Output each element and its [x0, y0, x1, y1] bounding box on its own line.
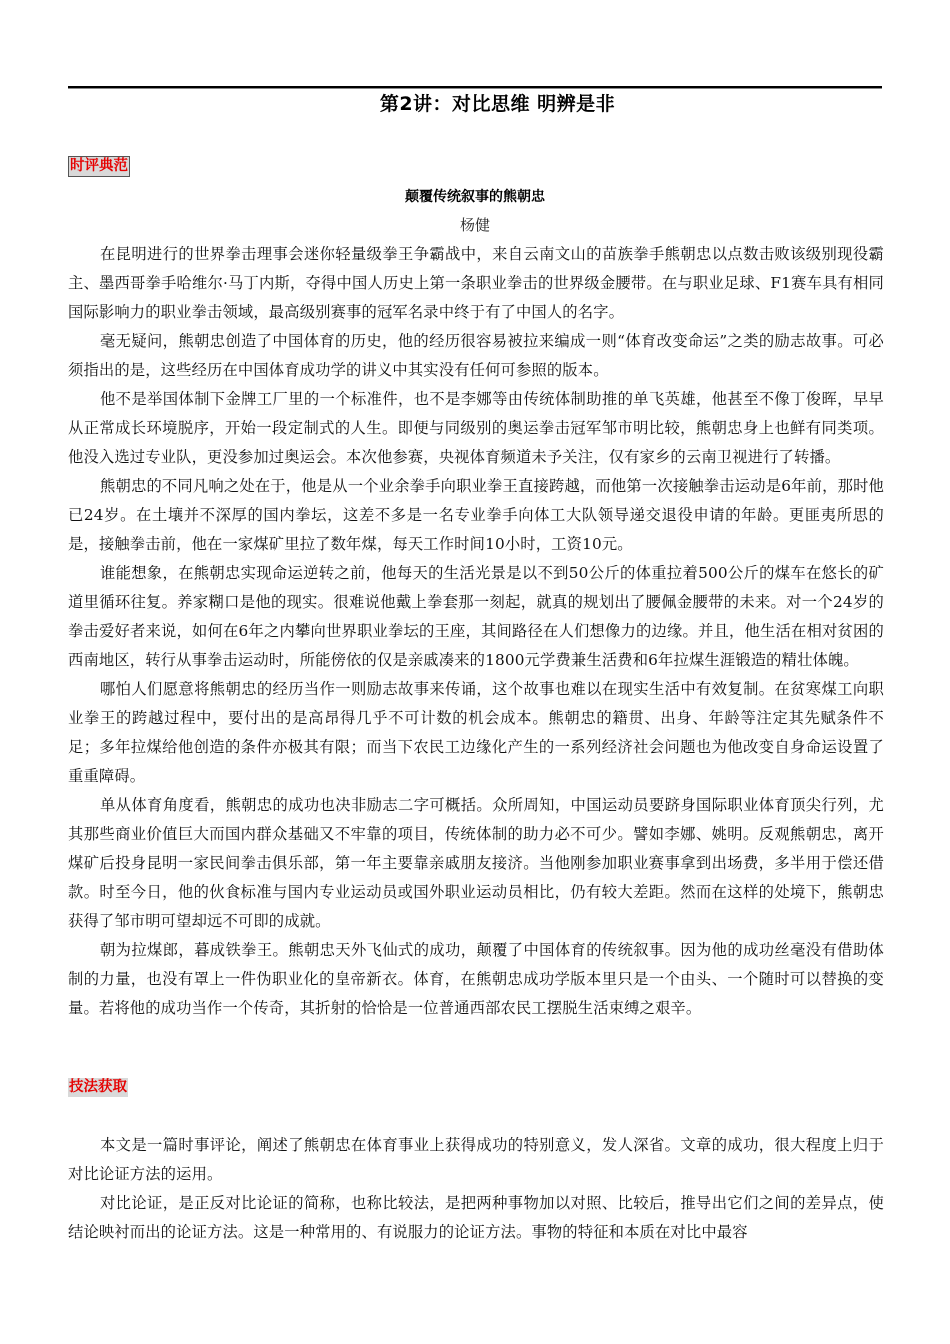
article-paragraph: 他不是举国体制下金牌工厂里的一个标准件，也不是李娜等由传统体制助推的单飞英雄，他… [68, 385, 884, 472]
analysis-paragraph: 本文是一篇时事评论，阐述了熊朝忠在体育事业上获得成功的特别意义，发人深省。文章的… [68, 1131, 884, 1189]
article-paragraph: 熊朝忠的不同凡响之处在于，他是从一个业余拳手向职业拳王直接跨越，而他第一次接触拳… [68, 472, 884, 559]
article-paragraph: 谁能想象，在熊朝忠实现命运逆转之前，他每天的生活光景是以不到50公斤的体重拉着5… [68, 559, 884, 675]
analysis-paragraph: 对比论证，是正反对比论证的简称，也称比较法，是把两种事物加以对照、比较后，推导出… [68, 1189, 884, 1247]
article-paragraph: 在昆明进行的世界拳击理事会迷你轻量级拳王争霸战中，来自云南文山的苗族拳手熊朝忠以… [68, 240, 884, 327]
article-title: 颠覆传统叙事的熊朝忠 [0, 186, 950, 208]
section-label-exemplar: 时评典范 [68, 156, 130, 177]
article-paragraph: 单从体育角度看，熊朝忠的成功也决非励志二字可概括。众所周知，中国运动员要跻身国际… [68, 791, 884, 936]
lesson-title: 第2讲：对比思维 明辨是非 [0, 91, 950, 117]
article-paragraph: 朝为拉煤郎，暮成铁拳王。熊朝忠天外飞仙式的成功，颠覆了中国体育的传统叙事。因为他… [68, 936, 884, 1023]
header-rule [68, 86, 882, 88]
section-label-technique: 技法获取 [68, 1078, 128, 1097]
analysis-body: 本文是一篇时事评论，阐述了熊朝忠在体育事业上获得成功的特别意义，发人深省。文章的… [68, 1131, 884, 1247]
article-author: 杨健 [0, 214, 950, 236]
article-body: 在昆明进行的世界拳击理事会迷你轻量级拳王争霸战中，来自云南文山的苗族拳手熊朝忠以… [68, 240, 884, 1023]
article-paragraph: 毫无疑问，熊朝忠创造了中国体育的历史，他的经历很容易被拉来编成一则“体育改变命运… [68, 327, 884, 385]
article-paragraph: 哪怕人们愿意将熊朝忠的经历当作一则励志故事来传诵，这个故事也难以在现实生活中有效… [68, 675, 884, 791]
